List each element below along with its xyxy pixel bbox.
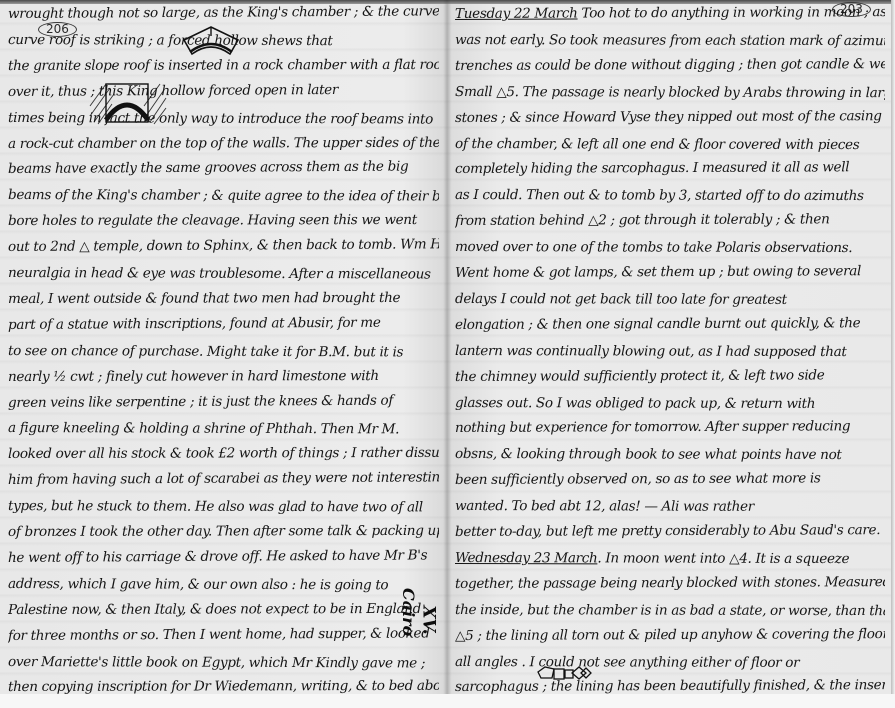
line-text: been sufficiently observed on, so as to …: [455, 471, 821, 489]
handwritten-line: the chimney would sufficiently protect i…: [455, 367, 885, 385]
handwritten-line: better to-day, but left me pretty consid…: [455, 522, 885, 540]
line-text: was not early. So took measures from eac…: [455, 32, 885, 49]
margin-note-cairo-text: Cairo: [399, 588, 418, 636]
handwritten-line: a rock-cut chamber on the top of the wal…: [8, 134, 439, 151]
margin-note-cairo: Cairo: [399, 588, 418, 636]
line-text: stones ; & since Howard Vyse they nipped…: [455, 108, 882, 126]
handwritten-line: over it, thus ; this King hollow forced …: [8, 81, 439, 100]
handwritten-line: glasses out. So I was obliged to pack up…: [455, 395, 885, 412]
line-text: glasses out. So I was obliged to pack up…: [455, 395, 815, 412]
handwritten-line: Palestine now, & then Italy, & does not …: [8, 601, 439, 618]
handwritten-line: types, but he stuck to them. He also was…: [8, 498, 439, 516]
handwritten-line: over Mariette's little book on Egypt, wh…: [8, 654, 439, 672]
line-text: the inside, but the chamber is in as bad…: [455, 602, 885, 619]
scan-bottom-margin: [0, 694, 895, 708]
handwritten-line: bore holes to regulate the cleavage. Hav…: [8, 212, 439, 229]
handwritten-line: obsns, & looking through book to see wha…: [455, 446, 885, 463]
margin-note-numeral: XV.: [419, 605, 439, 634]
right-page: 203 Tuesday 22 March Too hot to do anyth…: [449, 0, 891, 694]
handwritten-line: Small △5. The passage is nearly blocked …: [455, 84, 885, 101]
handwritten-line: lantern was continually blowing out, as …: [455, 343, 885, 360]
line-text: moved over to one of the tombs to take P…: [455, 239, 852, 256]
handwritten-line: Tuesday 22 March Too hot to do anything …: [455, 4, 885, 22]
handwritten-line: as I could. Then out & to tomb by 3, sta…: [455, 187, 885, 204]
handwritten-line: meal, I went outside & found that two me…: [8, 290, 439, 307]
line-text: the chimney would sufficiently protect i…: [455, 367, 824, 385]
handwritten-line: from station behind △2 ; got through it …: [455, 211, 885, 229]
line-text: all angles . I could not see anything ei…: [455, 654, 799, 671]
line-text: as I could. Then out & to tomb by 3, sta…: [455, 187, 864, 204]
diary-date-heading: Tuesday 22 March: [455, 5, 578, 22]
left-page: 206 wrought though not so large, as the …: [0, 0, 445, 694]
line-text: Too hot to do anything in working in moo…: [578, 4, 886, 21]
diary-date-heading: Wednesday 23 March: [455, 550, 597, 566]
line-text: trenches as could be done without diggin…: [455, 56, 885, 74]
handwritten-line: green veins like serpentine ; it is just…: [8, 392, 439, 411]
handwritten-line: the granite slope roof is inserted in a …: [8, 57, 439, 74]
handwritten-line: beams have exactly the same grooves acro…: [8, 159, 439, 178]
handwritten-line: all angles . I could not see anything ei…: [455, 654, 885, 671]
handwritten-line: was not early. So took measures from eac…: [455, 32, 885, 49]
handwritten-line: together, the passage being nearly block…: [455, 574, 885, 592]
handwritten-line: looked over all his stock & took £2 wort…: [8, 445, 439, 462]
handwritten-line: beams of the King's chamber ; & quite ag…: [8, 187, 439, 205]
handwritten-line: moved over to one of the tombs to take P…: [455, 239, 885, 256]
handwritten-line: out to 2nd △ temple, down to Sphinx, & t…: [8, 236, 439, 255]
handwritten-line: nothing but experience for tomorrow. Aft…: [455, 419, 885, 437]
handwritten-line: completely hiding the sarcophagus. I mea…: [455, 160, 885, 178]
handwritten-line: then copying inscription for Dr Wiedeman…: [8, 678, 439, 695]
line-text: nothing but experience for tomorrow. Aft…: [455, 419, 850, 437]
handwritten-line: wrought though not so large, as the King…: [8, 3, 439, 22]
line-text: △5 ; the lining all torn out & piled up …: [455, 626, 885, 644]
line-text: lantern was continually blowing out, as …: [455, 343, 847, 360]
handwritten-line: been sufficiently observed on, so as to …: [455, 470, 885, 488]
handwritten-line: of bronzes I took the other day. Then af…: [8, 523, 439, 540]
handwritten-line: he went off to his carriage & drove off.…: [8, 547, 439, 566]
handwritten-line: stones ; & since Howard Vyse they nipped…: [455, 108, 885, 126]
line-text: . In moon went into △4. It is a squeeze: [597, 550, 849, 567]
line-text: better to-day, but left me pretty consid…: [455, 522, 880, 540]
line-text: from station behind △2 ; got through it …: [455, 212, 830, 230]
scan-right-edge: [891, 0, 895, 708]
line-text: delays I could not get back till too lat…: [455, 291, 787, 308]
line-text: Small △5. The passage is nearly blocked …: [455, 84, 885, 101]
handwritten-line: address, which I gave him, & our own als…: [8, 576, 439, 594]
handwritten-line: wanted. To bed abt 12, alas! — Ali was r…: [455, 498, 885, 515]
handwritten-line: a figure kneeling & holding a shrine of …: [8, 420, 439, 438]
handwritten-line: to see on chance of purchase. Might take…: [8, 343, 439, 361]
handwritten-line: for three months or so. Then I went home…: [8, 625, 439, 644]
line-text: completely hiding the sarcophagus. I mea…: [455, 160, 849, 178]
line-text: obsns, & looking through book to see wha…: [455, 446, 842, 463]
handwritten-line: sarcophagus ; the lining has been beauti…: [455, 678, 885, 696]
line-text: together, the passage being nearly block…: [455, 574, 885, 592]
handwritten-line: the inside, but the chamber is in as bad…: [455, 602, 885, 619]
handwritten-line: delays I could not get back till too lat…: [455, 291, 885, 308]
handwritten-line: him from having such a lot of scarabei a…: [8, 470, 439, 489]
margin-note-numeral-text: XV.: [419, 605, 439, 634]
handwritten-line: times being in fact the only way to intr…: [8, 110, 439, 128]
handwritten-line: neuralgia in head & eye was troublesome.…: [8, 265, 439, 283]
handwritten-line: Went home & got lamps, & set them up ; b…: [455, 263, 885, 281]
handwritten-line: trenches as could be done without diggin…: [455, 56, 885, 74]
handwritten-line: of the chamber, & left all one end & flo…: [455, 136, 885, 153]
line-text: wanted. To bed abt 12, alas! — Ali was r…: [455, 498, 754, 515]
handwritten-line: △5 ; the lining all torn out & piled up …: [455, 626, 885, 644]
handwritten-line: part of a statue with inscriptions, foun…: [8, 314, 439, 333]
diary-spread: 206 wrought though not so large, as the …: [0, 0, 895, 708]
handwritten-line: curve roof is striking ; a forced hollow…: [8, 32, 439, 50]
handwritten-line: elongation ; & then one signal candle bu…: [455, 315, 885, 333]
line-text: elongation ; & then one signal candle bu…: [455, 315, 860, 333]
line-text: Went home & got lamps, & set them up ; b…: [455, 263, 861, 281]
line-text: sarcophagus ; the lining has been beauti…: [455, 678, 885, 696]
line-text: of the chamber, & left all one end & flo…: [455, 136, 859, 153]
handwritten-line: Wednesday 23 March. In moon went into △4…: [455, 550, 885, 567]
handwritten-line: nearly ½ cwt ; finely cut however in har…: [8, 367, 439, 384]
